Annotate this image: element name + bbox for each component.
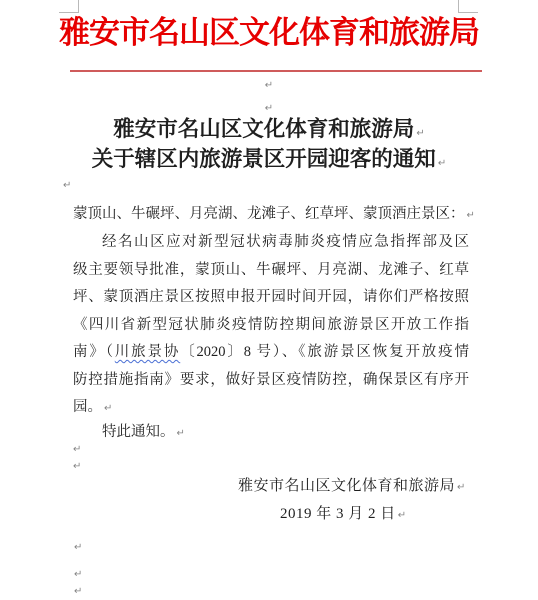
paragraph-mark: ↵ (0, 103, 538, 115)
salutation-text: 蒙顶山、牛碾坪、月亮湖、龙滩子、红草坪、蒙顶酒庄景区： (73, 206, 465, 222)
paragraph-mark: ↵ (73, 461, 81, 473)
body-line: 防控措施指南》要求，做好景区疫情防控，确保景区有序开 (73, 367, 469, 395)
body-line: 《四川省新型冠状肺炎疫情防控期间旅游景区开放工作指 (73, 312, 469, 340)
body-line: 南》（川旅景协〔2020〕8 号）、《旅游景区恢复开放疫情 (73, 339, 469, 367)
proofing-underlined-text: 川旅景协 (115, 344, 180, 360)
body-line: 级主要领导批准，蒙顶山、牛碾坪、月亮湖、龙滩子、红草 (73, 257, 469, 285)
letterhead-agency-name: 雅安市名山区文化体育和旅游局 (0, 11, 538, 55)
paragraph-mark: ↵ (73, 444, 81, 456)
paragraph-mark: ↵ (398, 510, 406, 521)
notice-title-line-1: 雅安市名山区文化体育和旅游局↵ (0, 116, 538, 147)
paragraph-mark: ↵ (416, 128, 424, 139)
signature-agency-line: 雅安市名山区文化体育和旅游局↵ (238, 476, 465, 498)
paragraph-mark: ↵ (438, 158, 446, 169)
notice-title-line-2: 关于辖区内旅游景区开园迎客的通知↵ (0, 146, 538, 177)
paragraph-mark: ↵ (457, 482, 465, 493)
paragraph-mark: ↵ (0, 80, 538, 92)
notice-title-text: 关于辖区内旅游景区开园迎客的通知 (92, 147, 436, 171)
signature-agency-text: 雅安市名山区文化体育和旅游局 (238, 478, 455, 494)
closing-text: 特此通知。 (102, 424, 175, 440)
body-paragraph: 经名山区应对新型冠状病毒肺炎疫情应急指挥部及区 级主要领导批准，蒙顶山、牛碾坪、… (73, 229, 469, 422)
paragraph-mark: ↵ (63, 180, 71, 192)
body-line: 园。↵ (73, 394, 469, 422)
paragraph-mark: ↵ (104, 403, 112, 414)
salutation-line: 蒙顶山、牛碾坪、月亮湖、龙滩子、红草坪、蒙顶酒庄景区：↵ (73, 202, 493, 228)
closing-line: 特此通知。↵ (73, 421, 185, 445)
letterhead-divider-rule (70, 70, 482, 72)
body-line: 坪、蒙顶酒庄景区按照申报开园时间开园，请你们严格按照 (73, 284, 469, 312)
paragraph-mark: ↵ (467, 210, 475, 221)
paragraph-mark: ↵ (177, 428, 185, 439)
paragraph-mark: ↵ (74, 569, 82, 581)
document-page: 雅安市名山区文化体育和旅游局 ↵ ↵ 雅安市名山区文化体育和旅游局↵ 关于辖区内… (0, 0, 538, 600)
notice-title-text: 雅安市名山区文化体育和旅游局 (113, 117, 414, 141)
body-text-segment: 〔2020〕8 号）、《旅游景区恢复开放疫情 (180, 344, 469, 360)
signature-date-text: 2019 年 3 月 2 日 (280, 506, 396, 522)
body-text-segment: 南》（ (73, 344, 115, 360)
body-line: 经名山区应对新型冠状病毒肺炎疫情应急指挥部及区 (73, 229, 469, 257)
paragraph-mark: ↵ (74, 586, 82, 598)
signature-date-line: 2019 年 3 月 2 日↵ (280, 504, 406, 526)
body-text-segment: 园。 (73, 399, 102, 415)
paragraph-mark: ↵ (74, 542, 82, 554)
